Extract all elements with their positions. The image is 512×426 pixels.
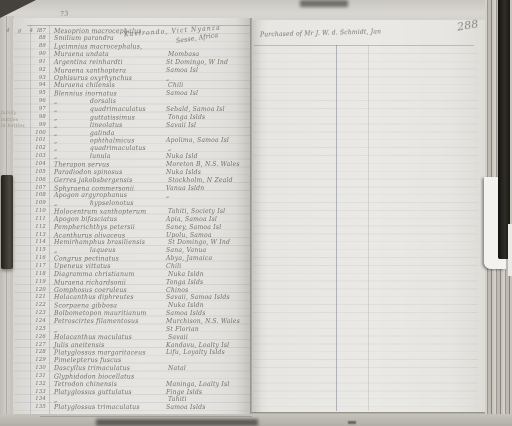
- locality: Samoa Islds: [166, 405, 206, 411]
- species-name: Muraena xanthoptera: [54, 68, 126, 74]
- species-name: Paradiodon spinosus: [54, 170, 122, 176]
- locality: Moreton B, N.S. Wales: [166, 162, 240, 168]
- row-number: 100: [25, 131, 46, 136]
- row-number: 124: [25, 319, 46, 324]
- row-number: 97: [25, 107, 46, 112]
- species-name: „ quadrimaculatus: [54, 146, 146, 152]
- locality: Nuka Isldn: [168, 303, 204, 309]
- species-name: „ lineolatus: [54, 123, 123, 129]
- row-number: 125: [25, 327, 46, 332]
- species-name: Platyglossus margaritaceus: [54, 351, 146, 357]
- species-name: Glyphidodon biocellatus: [54, 374, 134, 380]
- locality: Savaii, Samoa Islds: [166, 295, 230, 301]
- locality: Tahiti: [168, 397, 187, 403]
- row-number: 95: [25, 91, 46, 96]
- species-name: Gerres jakobsbergensis: [54, 178, 132, 184]
- row-number: 119: [25, 280, 46, 285]
- locality: Apolima, Samoa Isl: [166, 138, 229, 144]
- locality: Samoa Isl: [166, 68, 198, 74]
- row-number: 134: [25, 397, 46, 402]
- row-number: 114: [25, 240, 46, 245]
- row-number: 99: [25, 123, 46, 128]
- row-number: 128: [25, 350, 46, 355]
- species-name: Therapon servus: [54, 162, 110, 168]
- species-name: „: [54, 327, 57, 333]
- species-name: „ lunula: [54, 154, 111, 160]
- species-name: „ guttatissimus: [54, 115, 135, 121]
- species-name: Ophisurus oxyrhynchus: [54, 76, 132, 82]
- species-name: Blennius inornatus: [54, 92, 117, 98]
- species-name: Apogon bifasciatus: [54, 217, 117, 223]
- locality: St Domingo, W Ind: [168, 240, 230, 246]
- locality: Abya, Jamaica: [166, 256, 212, 262]
- row-number: 113: [25, 233, 46, 238]
- species-name: „ ophthalmicus: [54, 139, 135, 145]
- locality: Murchison, N.S. Wales: [166, 319, 240, 325]
- species-name: Pempherichthys petersii: [54, 225, 135, 231]
- row-number: 109: [25, 201, 46, 206]
- locality: Chili: [166, 264, 181, 270]
- species-name: Diagramma christianum: [54, 272, 134, 278]
- species-name: Holacanthus maculatus: [54, 335, 132, 341]
- locality: „: [168, 146, 171, 152]
- locality: Sana, Vanua: [166, 248, 206, 254]
- row-number: 89: [25, 44, 46, 49]
- species-name: Argentina reinhardti: [54, 60, 123, 66]
- species-name: Dascyllus trimaculatus: [54, 366, 130, 372]
- bottom-stack-line: [40, 416, 252, 417]
- species-name: Congrus pectinatus: [54, 257, 119, 263]
- row-number: 102: [25, 146, 46, 151]
- row-number: 121: [25, 295, 46, 300]
- species-name: „ hypselonotus: [54, 201, 134, 207]
- row-number: 88: [25, 36, 46, 41]
- row-number: 120: [25, 288, 46, 293]
- species-name: „ dorsalis: [54, 99, 116, 105]
- row-number: 116: [25, 256, 46, 261]
- row-number: 91: [25, 60, 46, 65]
- row-number: 132: [25, 382, 46, 387]
- locality: Savaii: [168, 335, 188, 341]
- row-number: 131: [25, 374, 46, 379]
- species-name: Platyglossus trimaculatus: [54, 405, 140, 411]
- species-name: Hemirhamphus brasiliensis: [54, 240, 145, 246]
- row-number: 135: [25, 405, 46, 410]
- row-number: 126: [25, 335, 46, 340]
- species-name: Acanthurus olivaceus: [54, 233, 125, 239]
- locality: Tonga Islds: [168, 115, 205, 121]
- species-name: Gomphosus coeruleus: [54, 288, 127, 294]
- species-name: Julis aneitensis: [54, 343, 105, 349]
- row-number: 90: [25, 52, 46, 57]
- row-number: 94: [25, 83, 46, 88]
- row-number: 105: [25, 170, 46, 175]
- species-name: Muraena undata: [54, 52, 109, 58]
- species-name: Bolbometopon mauritianum: [54, 311, 147, 317]
- ledger-photo: 288 73 4 g 41 Purchased of Mr J. W. d. S…: [0, 0, 512, 426]
- bottom-mark: [348, 421, 356, 424]
- row-number: 130: [25, 366, 46, 371]
- row-number: 111: [25, 217, 46, 222]
- register-row: 133Platyglossus guttulatusFinge Islds: [0, 390, 512, 398]
- species-name: Upeneus vittatus: [54, 264, 111, 270]
- row-number: 117: [25, 264, 46, 269]
- locality: „: [166, 193, 169, 199]
- row-number: 122: [25, 303, 46, 308]
- species-name: Smilium parandra: [54, 36, 114, 42]
- locality: Maninga, Loalty Isl: [166, 382, 230, 388]
- species-name: Holocentrum xanthopterum: [54, 209, 146, 215]
- locality: Tonga Islds: [166, 280, 203, 286]
- locality: Vanua Isldn: [166, 186, 204, 192]
- corner-note: 73: [60, 10, 69, 18]
- locality: Chili: [168, 83, 183, 89]
- row-number: 118: [25, 272, 46, 277]
- locality: Sebald, Samoa Isl: [166, 107, 225, 113]
- locality: Nuka Isld: [166, 154, 198, 160]
- species-name: Petroscirtes filamentosus: [54, 319, 139, 325]
- row-number: 115: [25, 248, 46, 253]
- row-number: 129: [25, 358, 46, 363]
- locality: Chinos: [166, 288, 188, 294]
- register-row: 124Petroscirtes filamentosusMurchison, N…: [0, 319, 512, 327]
- row-number: 104: [25, 162, 46, 167]
- locality: Upolu, Samoa: [166, 233, 212, 239]
- row-number: 98: [25, 115, 46, 120]
- row-number: 106: [25, 178, 46, 183]
- species-name: „ quadrimaculatus: [54, 107, 146, 113]
- locality: Finge Islds: [166, 390, 202, 396]
- row-number: 123: [25, 311, 46, 316]
- species-name: „ galinda: [54, 131, 115, 137]
- species-name: Pimelepterus fuscus: [54, 358, 121, 364]
- row-number: 107: [25, 186, 46, 191]
- row-number: 101: [25, 138, 46, 143]
- locality: Samoa Isl: [166, 91, 198, 97]
- species-name: Lycimnius macrocephalus,: [54, 45, 142, 51]
- locality: Lifu, Loyalty Islds: [166, 350, 225, 356]
- locality: Saney, Samoa Isl: [166, 225, 221, 231]
- row-number: 103: [25, 154, 46, 159]
- locality: Tahiti, Society Isl: [168, 209, 225, 215]
- register-row: 135Platyglossus trimaculatusSamoa Islds: [0, 405, 512, 413]
- locality: „: [166, 76, 169, 82]
- locality: Savaii Isl: [166, 123, 196, 129]
- row-number: 87: [25, 29, 46, 34]
- locality: Mombasa: [168, 52, 199, 58]
- locality: Stockholm, N Zeald: [168, 178, 233, 184]
- bottom-shadow: [96, 419, 258, 426]
- row-number: 133: [25, 390, 46, 395]
- species-name: „: [54, 398, 57, 404]
- row-number: 127: [25, 343, 46, 348]
- locality: Nuka Islds: [166, 170, 201, 176]
- species-name: Sphyraena commersonii: [54, 186, 134, 192]
- row-number: 108: [25, 193, 46, 198]
- locality: Nuka Isldn: [168, 272, 204, 278]
- locality: Kandavu, Loalty Isl: [166, 343, 229, 349]
- species-name: Platyglossus guttulatus: [54, 390, 132, 396]
- locality: St Domingo, W Ind: [166, 60, 228, 66]
- row-number: 112: [25, 225, 46, 230]
- row-number: 93: [25, 76, 46, 81]
- row-number: 92: [25, 68, 46, 73]
- locality: Samoa Islds: [166, 311, 206, 317]
- top-shadow: [300, 0, 348, 7]
- row-number: 110: [25, 209, 46, 214]
- locality: St Florian: [166, 327, 199, 333]
- species-name: Tetrodon chinensis: [54, 382, 117, 388]
- species-name: „ laqueus: [54, 248, 116, 254]
- row-number: 96: [25, 99, 46, 104]
- species-name: Scorpaena gibbosa: [54, 304, 117, 310]
- species-name: Apogon argyrophanus: [54, 193, 127, 199]
- species-name: Muraena chilensis: [54, 83, 115, 89]
- locality: Natal: [168, 366, 186, 372]
- species-name: Muraena richardsonii: [54, 280, 126, 286]
- species-name: Holacanthus diphreutes: [54, 295, 134, 301]
- locality: Apia, Samoa Isl: [166, 217, 217, 223]
